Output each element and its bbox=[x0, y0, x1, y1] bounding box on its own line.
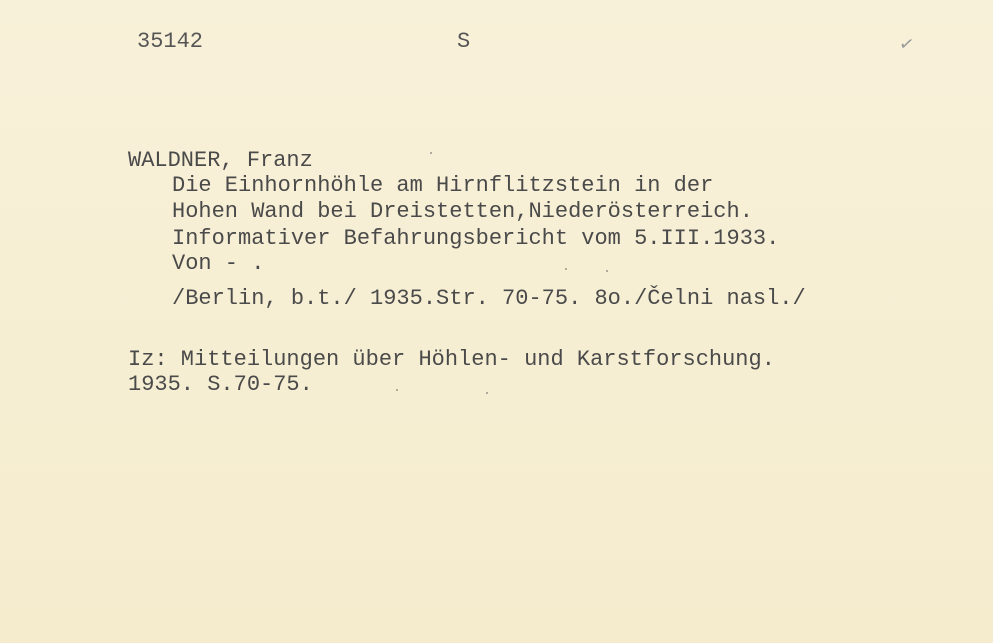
title-line: Informativer Befahrungsbericht vom 5.III… bbox=[172, 228, 779, 250]
paper-speck bbox=[430, 152, 432, 154]
checkmark-icon: ✓ bbox=[898, 35, 916, 55]
author-name: WALDNER, Franz bbox=[128, 150, 313, 172]
paper-speck bbox=[606, 270, 608, 272]
source-line: Iz: Mitteilungen über Höhlen- und Karstf… bbox=[128, 349, 775, 371]
title-line: Die Einhornhöhle am Hirnflitzstein in de… bbox=[172, 175, 713, 197]
catalog-card: 35142 S ✓ WALDNER, Franz Die Einhornhöhl… bbox=[0, 0, 993, 643]
signature-letter: S bbox=[457, 31, 470, 53]
title-line: Hohen Wand bei Dreistetten,Niederösterre… bbox=[172, 201, 753, 223]
imprint-line: /Berlin, b.t./ 1935.Str. 70-75. 8o./Čeln… bbox=[172, 288, 806, 310]
title-line: Von - . bbox=[172, 253, 264, 275]
source-line: 1935. S.70-75. bbox=[128, 374, 313, 396]
paper-speck bbox=[486, 392, 488, 394]
paper-speck bbox=[565, 268, 567, 270]
catalog-number: 35142 bbox=[137, 31, 203, 53]
paper-speck bbox=[396, 389, 398, 391]
